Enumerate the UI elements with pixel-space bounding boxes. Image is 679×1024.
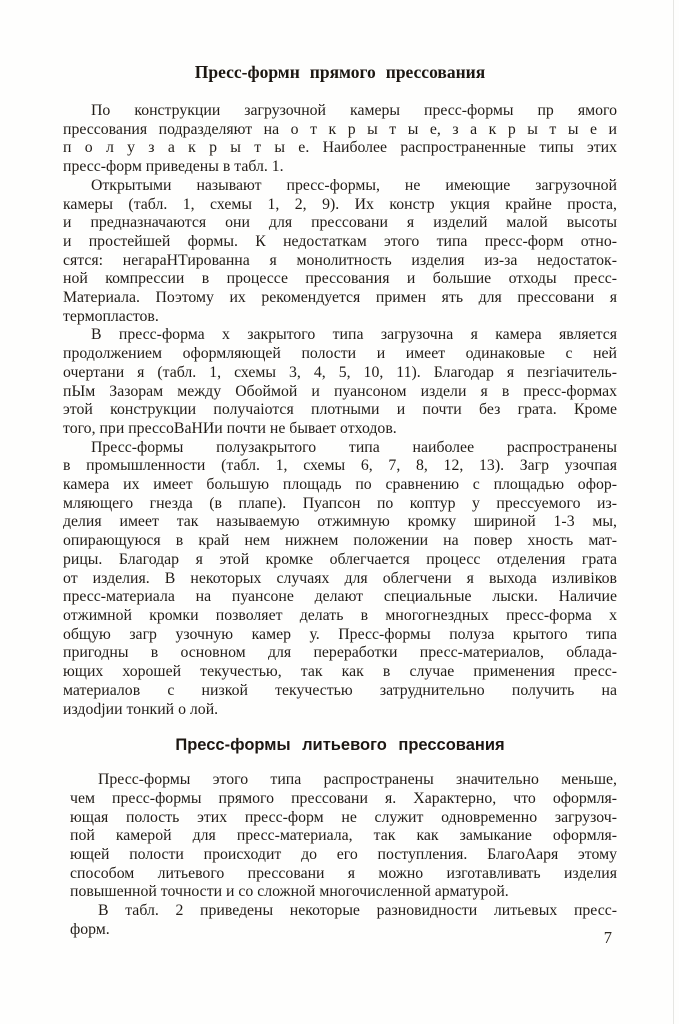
section-heading-direct-pressing: Пресс-формн прямого прессования [63,62,617,83]
text-line: рицы. Благодар я этой кромке облегчается… [63,551,617,570]
text-line: и предназначаются они для прессовани я и… [63,214,617,233]
text-line: ющей полости происходит до его поступлен… [70,846,617,865]
page-number: 7 [63,928,612,948]
text-line: ной компрессии в процессе прессования и … [63,270,617,289]
text-line: продолжением оформляющей полости и имеет… [63,345,617,364]
text-line: ющих хорошей текучестью, так как в случа… [63,663,617,682]
text-line: этой конструкции получаiотся плотными и … [63,401,617,420]
text-line: делия имеет так называемую отжимную кром… [63,513,617,532]
section-body-direct-pressing: По конструкции загрузочной камеры пресс-… [63,102,617,719]
text-line: По конструкции загрузочной камеры пресс-… [63,102,617,121]
text-line: чем пресс-формы прямого прессовани я. Ха… [70,790,617,809]
text-line: мляющего гнезда (в плапе). Пуапсон по ко… [63,495,617,514]
text-line: и простейшей формы. К недостаткам этого … [63,233,617,252]
text-line: пригодны в основном для переработки прес… [63,644,617,663]
text-line: Материала. Поэтому их рекомендуется прим… [63,289,617,308]
text-line: термопластов. [63,308,617,327]
text-line: пЫм Зазорам между Обоймой и пуансоном из… [63,383,617,402]
section-heading-transfer-molding: Пресс-формы литьевого прессования [63,736,617,755]
text-line: пресс-материала на пуансоне делают специ… [63,588,617,607]
text-line: В табл. 2 приведены некоторые разновидно… [70,902,617,921]
text-line: опирающуюся в край нем нижнем положении … [63,532,617,551]
page-content: Пресс-формн прямого прессования По конст… [63,62,617,940]
text-line: Открытыми называют пресс-формы, не имеющ… [63,177,617,196]
text-line: издоdjии тонкий о лой. [63,701,617,720]
text-line: от изделия. В некоторых случаях для обле… [63,570,617,589]
text-line: п о л у з а к р ы т ы е. Наиболее распро… [63,139,617,158]
text-line: отжимной кромки позволяет делать в много… [63,607,617,626]
text-line: в промышленности (табл. 1, схемы 6, 7, 8… [63,457,617,476]
scan-edge-line [673,0,674,1024]
text-line: камера их имеет большую площадь по сравн… [63,476,617,495]
scanned-document-page: Пресс-формн прямого прессования По конст… [0,0,679,1024]
section-body-transfer-molding: Пресс-формы этого типа распространены зн… [70,771,617,939]
text-line: В пресс-форма х закрытого типа загрузочн… [63,326,617,345]
text-line: того, при прессоВаНИи почти не бывает от… [63,420,617,439]
text-line: общую загр узочную камер у. Пресс-формы … [63,626,617,645]
text-line: пресс-форм приведены в табл. 1. [63,158,617,177]
text-line: способом литьевого прессовани я можно из… [70,865,617,884]
text-line: очертани я (табл. 1, схемы 3, 4, 5, 10, … [63,364,617,383]
text-line: ющая полость этих пресс-форм не служит о… [70,809,617,828]
text-line: сятся: негараНТированна я монолитность и… [63,252,617,271]
text-line: камеры (табл. 1, схемы 1, 2, 9). Их конс… [63,196,617,215]
text-line: материалов с низкой текучестью затруднит… [63,682,617,701]
text-line: Пресс-формы полузакрытого типа наиболее … [63,439,617,458]
text-line: Пресс-формы этого типа распространены зн… [70,771,617,790]
text-line: пой камерой для пресс-материала, так как… [70,827,617,846]
text-line: прессования подразделяют на о т к р ы т … [63,121,617,140]
text-line: повышенной точности и со сложной многочи… [70,883,617,902]
